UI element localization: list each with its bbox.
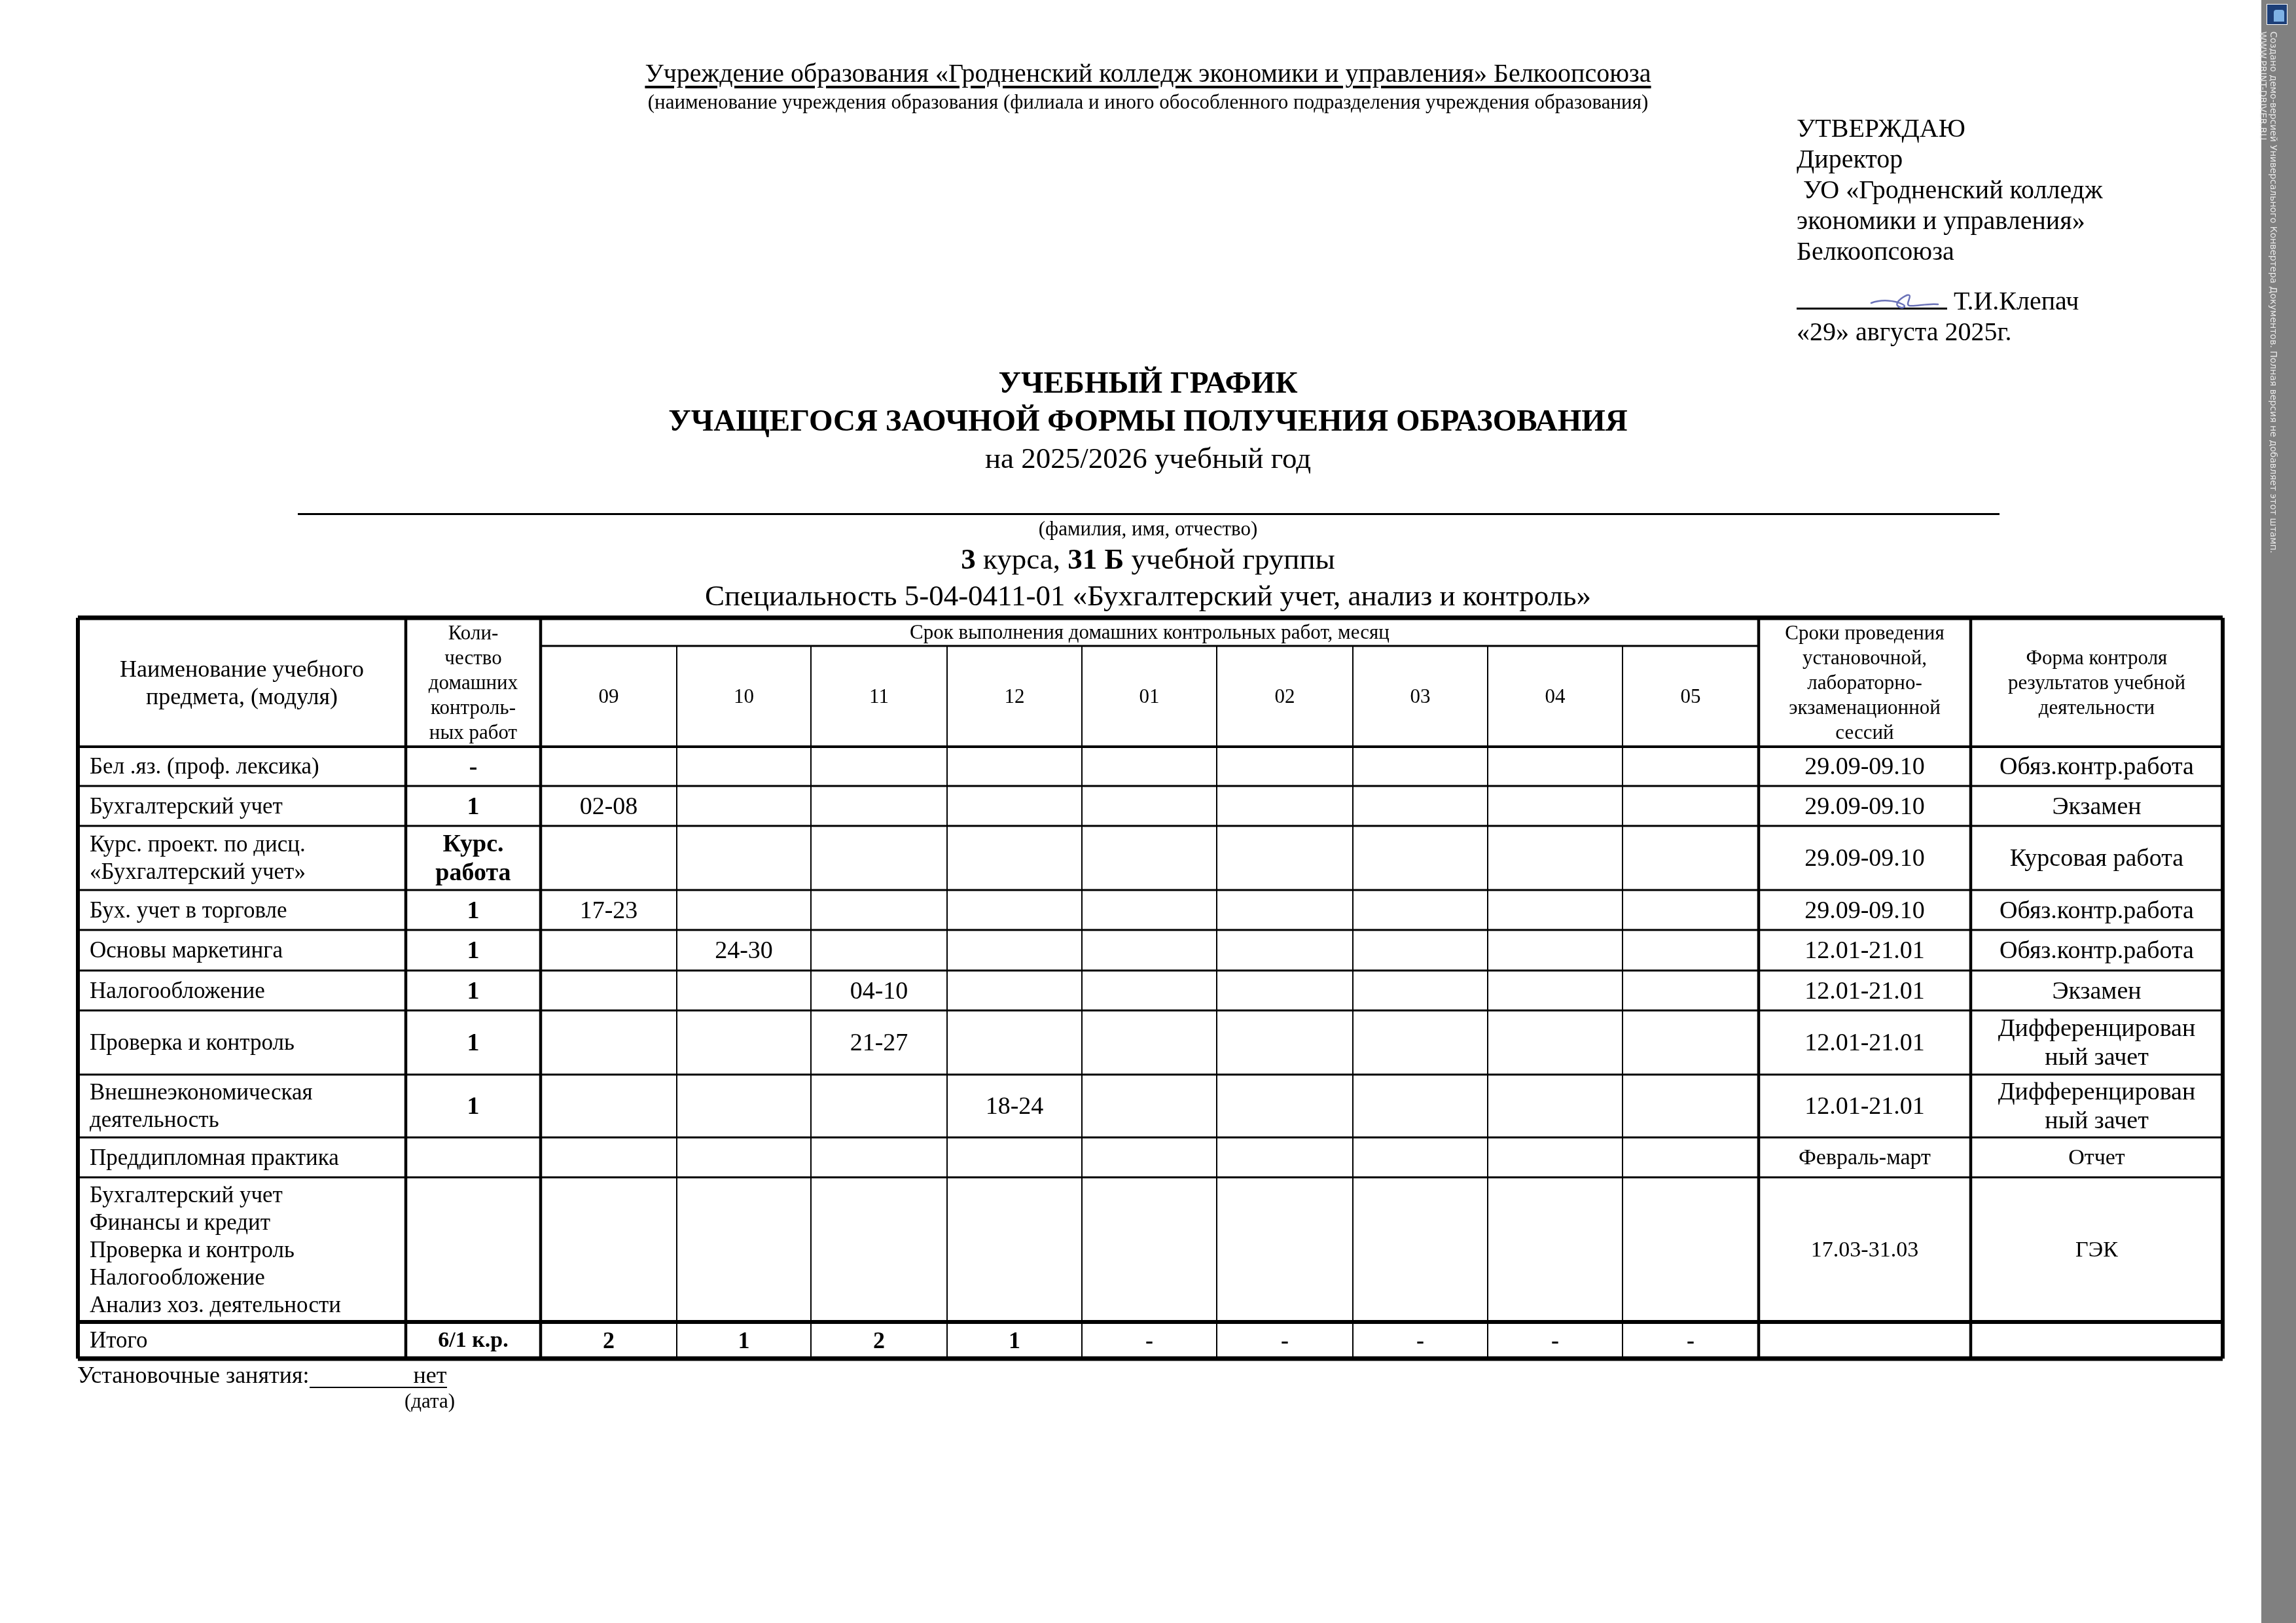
total-month-cell-text: 1 [738,1326,750,1355]
row-count [406,1177,541,1322]
header-month-text: 03 [1410,684,1431,709]
setup-classes-label: Установочные занятия: [77,1362,310,1388]
row-month-cell [1488,971,1623,1010]
row-subject: Бухгалтерский учет [78,786,406,826]
row-month-cell [541,1177,677,1322]
row-month-cell [541,930,677,971]
row-count [406,1137,541,1177]
row-control-form-text: ГЭК [2075,1236,2118,1264]
setup-classes-value: нет [310,1363,447,1388]
row-month-cell [1082,826,1217,890]
watermark-url: WWW.PRINT-DRIVER.RU [2257,31,2268,553]
row-month-cell [1623,971,1759,1010]
total-month-cell-text: 2 [873,1326,885,1355]
row-session-text: 29.09-09.10 [1804,844,1925,872]
row-subject-text: Бухгалтерский учет [90,793,283,820]
row-control-form-text: Обяз.контр.работа [2000,752,2194,781]
row-month-cell [1082,971,1217,1010]
row-month-cell [541,971,677,1010]
row-month-cell [1353,786,1488,826]
row-month-cell [811,890,947,930]
header-month: 04 [1488,646,1623,747]
total-month-cell: - [1353,1322,1488,1359]
row-month-cell [1488,1010,1623,1075]
row-control-form-text: Курсовая работа [2010,844,2183,872]
row-month-cell [1353,1177,1488,1322]
row-month-cell [1623,1075,1759,1137]
row-session: 29.09-09.10 [1759,890,1971,930]
row-month-cell: 04-10 [811,971,947,1010]
row-month-cell-text: 24-30 [715,936,773,965]
total-control-form [1971,1322,2223,1359]
row-month-cell [1217,930,1353,971]
row-month-cell [677,1010,811,1075]
row-control-form: Экзамен [1971,971,2223,1010]
total-month-cell-text: - [1281,1326,1289,1355]
row-count: 1 [406,890,541,930]
row-session: 12.01-21.01 [1759,1010,1971,1075]
row-month-cell [1623,1177,1759,1322]
row-session: 17.03-31.03 [1759,1177,1971,1322]
row-month-cell [1217,826,1353,890]
row-control-form-text: Дифференцирован ный зачет [1998,1077,2196,1135]
row-month-cell [811,1075,947,1137]
row-month-cell [1623,1010,1759,1075]
row-subject: Бухгалтерский учет Финансы и кредит Пров… [78,1177,406,1322]
row-month-cell [1623,786,1759,826]
row-count-text: 1 [467,936,480,965]
row-control-form: Курсовая работа [1971,826,2223,890]
row-subject-text: Бухгалтерский учет Финансы и кредит Пров… [90,1181,341,1319]
row-month-cell [1623,1137,1759,1177]
total-month-cell: 1 [677,1322,811,1359]
row-session: 12.01-21.01 [1759,930,1971,971]
setup-classes: Установочные занятия:нет [77,1361,447,1389]
row-month-cell [811,747,947,786]
row-control-form-text: Экзамен [2052,792,2141,821]
row-count-text: 1 [467,976,480,1005]
row-month-cell [1217,890,1353,930]
row-month-cell [677,786,811,826]
header-month: 10 [677,646,811,747]
row-control-form: Отчет [1971,1137,2223,1177]
row-subject: Внешнеэкономическая деятельность [78,1075,406,1137]
row-month-cell [677,826,811,890]
header-control-form-text: Форма контроля результатов учебной деяте… [2008,645,2185,720]
header-month-text: 01 [1139,684,1160,709]
row-control-form: Обяз.контр.работа [1971,890,2223,930]
row-count-text: 1 [467,896,480,925]
row-month-cell [1488,826,1623,890]
total-month-cell: - [1488,1322,1623,1359]
total-month-cell: - [1082,1322,1217,1359]
header-month: 01 [1082,646,1217,747]
header-deadline-group-text: Срок выполнения домашних контрольных раб… [910,620,1390,645]
row-month-cell [677,1137,811,1177]
header-month: 03 [1353,646,1488,747]
header-month-text: 04 [1545,684,1566,709]
row-month-cell-text: 04-10 [850,976,908,1005]
total-month-cell-text: - [1551,1326,1559,1355]
row-month-cell [1082,747,1217,786]
row-month-cell [811,1137,947,1177]
row-count: Курс. работа [406,826,541,890]
row-subject-text: Бел .яз. (проф. лексика) [90,753,319,780]
row-month-cell: 24-30 [677,930,811,971]
total-month-cell-text: - [1687,1326,1695,1355]
row-month-cell [1082,1137,1217,1177]
row-month-cell [947,786,1082,826]
total-month-cell: 1 [947,1322,1082,1359]
row-month-cell [541,826,677,890]
row-month-cell [1353,971,1488,1010]
row-session-text: 12.01-21.01 [1804,1028,1925,1057]
header-count: Коли- чество домашних контроль- ных рабо… [406,618,541,747]
row-subject: Налогообложение [78,971,406,1010]
row-month-cell [541,1137,677,1177]
row-subject-text: Бух. учет в торговле [90,897,287,924]
row-session-text: 17.03-31.03 [1811,1236,1918,1264]
row-month-cell [1217,1075,1353,1137]
row-month-cell: 18-24 [947,1075,1082,1137]
row-control-form: Дифференцирован ный зачет [1971,1075,2223,1137]
row-month-cell [811,1177,947,1322]
row-month-cell [947,890,1082,930]
header-month: 09 [541,646,677,747]
row-month-cell [1082,930,1217,971]
row-count: 1 [406,1010,541,1075]
watermark-text: Создано демо-версией Универсального Конв… [2257,31,2278,553]
converter-logo-icon [2267,4,2287,25]
total-month-cell-text: - [1416,1326,1424,1355]
row-month-cell-text: 18-24 [986,1092,1044,1120]
row-month-cell: 02-08 [541,786,677,826]
row-session-text: 29.09-09.10 [1804,896,1925,925]
row-month-cell [947,1177,1082,1322]
row-session: Февраль-март [1759,1137,1971,1177]
row-session: 29.09-09.10 [1759,747,1971,786]
total-month-cell-text: - [1145,1326,1153,1355]
row-month-cell [811,826,947,890]
date-caption: (дата) [404,1389,455,1413]
header-subject-text: Наименование учебного предмета, (модуля) [82,655,402,710]
header-month: 02 [1217,646,1353,747]
row-month-cell [947,826,1082,890]
row-session: 12.01-21.01 [1759,971,1971,1010]
row-count-text: 1 [467,1028,480,1057]
header-month-text: 05 [1681,684,1701,709]
header-control-form: Форма контроля результатов учебной деяте… [1971,618,2223,747]
row-month-cell [1488,1177,1623,1322]
row-month-cell [1217,971,1353,1010]
row-month-cell [1488,1075,1623,1137]
total-month-cell: 2 [541,1322,677,1359]
row-subject-text: Налогообложение [90,977,265,1005]
row-month-cell [1353,890,1488,930]
row-month-cell-text: 17-23 [580,896,638,925]
row-subject: Бух. учет в торговле [78,890,406,930]
row-month-cell [1623,890,1759,930]
row-month-cell [1082,1010,1217,1075]
row-month-cell [677,971,811,1010]
row-month-cell [1082,890,1217,930]
row-month-cell [1353,930,1488,971]
row-month-cell [1488,890,1623,930]
row-month-cell-text: 02-08 [580,792,638,821]
total-month-cell-text: 1 [1009,1326,1020,1355]
row-month-cell [541,747,677,786]
row-control-form-text: Обяз.контр.работа [2000,896,2194,925]
header-month: 05 [1623,646,1759,747]
row-control-form-text: Отчет [2068,1143,2125,1172]
row-subject-text: Внешнеэкономическая деятельность [90,1079,313,1133]
total-label: Итого [78,1322,406,1359]
row-month-cell [1353,1075,1488,1137]
total-label-text: Итого [90,1326,148,1355]
header-month-text: 11 [869,684,889,709]
header-count-text: Коли- чество домашних контроль- ных рабо… [429,620,518,745]
row-month-cell [1353,747,1488,786]
row-month-cell [1217,1010,1353,1075]
row-count: 1 [406,1075,541,1137]
row-month-cell [947,747,1082,786]
total-month-cell: - [1217,1322,1353,1359]
header-deadline-group: Срок выполнения домашних контрольных раб… [541,618,1759,646]
row-month-cell [677,1075,811,1137]
row-control-form: Дифференцирован ный зачет [1971,1010,2223,1075]
row-control-form: Обяз.контр.работа [1971,747,2223,786]
row-subject: Бел .яз. (проф. лексика) [78,747,406,786]
row-session-text: 29.09-09.10 [1804,792,1925,821]
row-subject: Основы маркетинга [78,930,406,971]
row-month-cell [677,747,811,786]
watermark-line: Создано демо-версией Универсального Конв… [2268,31,2278,553]
header-month: 11 [811,646,947,747]
row-month-cell [1488,1137,1623,1177]
row-month-cell [677,1177,811,1322]
total-month-cell-text: 2 [603,1326,615,1355]
row-month-cell [1217,1137,1353,1177]
row-count: 1 [406,786,541,826]
row-month-cell: 21-27 [811,1010,947,1075]
row-month-cell [541,1010,677,1075]
row-subject-text: Основы маркетинга [90,936,283,964]
row-month-cell [1623,930,1759,971]
header-session-text: Сроки проведения установочной, лаборатор… [1785,620,1944,745]
row-subject-text: Проверка и контроль [90,1029,295,1056]
total-count-text: 6/1 к.р. [438,1326,508,1355]
row-month-cell [1488,747,1623,786]
row-subject: Проверка и контроль [78,1010,406,1075]
row-month-cell [541,1075,677,1137]
row-month-cell [1353,1137,1488,1177]
row-count-text: 1 [467,1092,480,1120]
row-count-text: 1 [467,792,480,821]
row-count: 1 [406,930,541,971]
header-month-text: 10 [734,684,754,709]
row-month-cell [811,786,947,826]
row-month-cell [1082,1075,1217,1137]
header-session: Сроки проведения установочной, лаборатор… [1759,618,1971,747]
row-control-form: Обяз.контр.работа [1971,930,2223,971]
row-month-cell [811,930,947,971]
row-session-text: 12.01-21.01 [1804,936,1925,965]
total-month-cell: 2 [811,1322,947,1359]
row-month-cell [1623,826,1759,890]
row-control-form-text: Дифференцирован ный зачет [1998,1014,2196,1071]
row-control-form: ГЭК [1971,1177,2223,1322]
row-month-cell [1217,786,1353,826]
row-control-form: Экзамен [1971,786,2223,826]
row-subject-text: Преддипломная практика [90,1144,339,1171]
row-month-cell [1082,786,1217,826]
row-subject: Преддипломная практика [78,1137,406,1177]
row-month-cell [1488,786,1623,826]
total-session [1759,1322,1971,1359]
row-count-text: Курс. работа [435,829,511,887]
row-control-form-text: Экзамен [2052,976,2141,1005]
row-month-cell [677,890,811,930]
row-month-cell: 17-23 [541,890,677,930]
row-month-cell [1217,747,1353,786]
header-month-text: 02 [1275,684,1295,709]
row-session: 12.01-21.01 [1759,1075,1971,1137]
row-count: 1 [406,971,541,1010]
header-subject: Наименование учебного предмета, (модуля) [78,618,406,747]
row-control-form-text: Обяз.контр.работа [2000,936,2194,965]
row-subject-text: Курс. проект. по дисц. «Бухгалтерский уч… [90,830,306,885]
row-month-cell-text: 21-27 [850,1028,908,1057]
row-month-cell [1353,826,1488,890]
row-month-cell [947,971,1082,1010]
row-month-cell [1217,1177,1353,1322]
row-session-text: 12.01-21.01 [1804,1092,1925,1120]
row-session-text: Февраль-март [1799,1143,1931,1172]
total-count: 6/1 к.р. [406,1322,541,1359]
row-month-cell [947,930,1082,971]
header-month-text: 09 [599,684,619,709]
row-month-cell [1488,930,1623,971]
row-session-text: 12.01-21.01 [1804,976,1925,1005]
row-month-cell [947,1010,1082,1075]
row-month-cell [1082,1177,1217,1322]
row-count: - [406,747,541,786]
row-subject: Курс. проект. по дисц. «Бухгалтерский уч… [78,826,406,890]
row-month-cell [1353,1010,1488,1075]
row-month-cell [947,1137,1082,1177]
row-session: 29.09-09.10 [1759,826,1971,890]
row-count-text: - [469,752,478,781]
header-month: 12 [947,646,1082,747]
row-session: 29.09-09.10 [1759,786,1971,826]
row-session-text: 29.09-09.10 [1804,752,1925,781]
header-month-text: 12 [1005,684,1025,709]
total-month-cell: - [1623,1322,1759,1359]
row-month-cell [1623,747,1759,786]
